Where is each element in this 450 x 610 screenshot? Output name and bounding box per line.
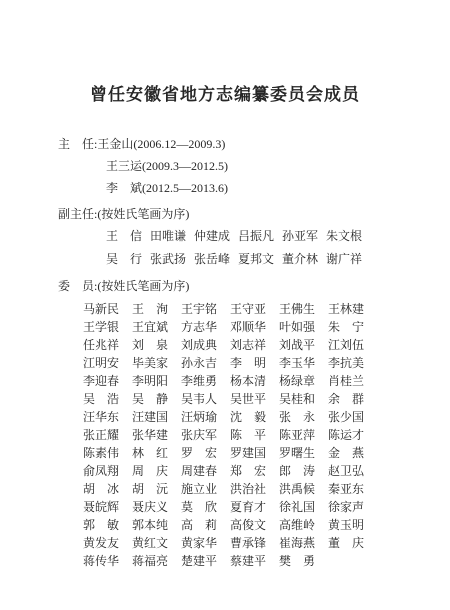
vice-director-heading: 副主任:(按姓氏笔画为序) (58, 203, 450, 225)
vice-director-row: 王 信 田唯谦 仲建成 吕振凡 孙亚军 朱文根 (106, 225, 450, 248)
member-name: 夏育才 (230, 498, 266, 516)
member-name: 曹承锋 (230, 534, 266, 552)
member-name: 邓顺华 (230, 318, 266, 336)
vice-director-name: 孙亚军 (282, 225, 318, 248)
member-name: 崔海燕 (279, 534, 315, 552)
document-body: 主 任:王金山(2006.12—2009.3) 王三运(2009.3—2012.… (58, 133, 450, 570)
member-row: 江明安 毕美家 孙永吉 李 明 李玉华 李抗美 (83, 354, 450, 372)
member-row: 汪华东 汪建国 汪炳瑜 沈 毅 张 永 张少国 (83, 408, 450, 426)
member-name: 高维岭 (279, 516, 315, 534)
member-name: 施立业 (181, 480, 217, 498)
member-name: 莫 欣 (181, 498, 217, 516)
director-label: 主 任: (58, 133, 97, 155)
member-name: 王宇铭 (181, 300, 217, 318)
member-name: 吴韦人 (181, 390, 217, 408)
member-name: 罗建国 (230, 444, 266, 462)
member-name: 汪华东 (83, 408, 119, 426)
vice-director-name: 朱文根 (326, 225, 362, 248)
member-name: 赵卫弘 (328, 462, 364, 480)
member-name: 洪禹候 (279, 480, 315, 498)
member-row: 俞凤翔 周 庆 周建春 郑 宏 郎 涛 赵卫弘 (83, 462, 450, 480)
member-name: 江明安 (83, 354, 119, 372)
director-term: (2006.12—2009.3) (133, 137, 225, 151)
member-name: 樊 勇 (279, 552, 315, 570)
member-name: 郭 敏 (83, 516, 119, 534)
section-vice-director: 副主任:(按姓氏笔画为序) 王 信 田唯谦 仲建成 吕振凡 孙亚军 朱文根 吴 … (58, 203, 450, 271)
member-name: 刘成典 (181, 336, 217, 354)
vice-director-name: 田唯谦 (150, 225, 186, 248)
member-name: 方志华 (181, 318, 217, 336)
vice-director-name: 夏邦文 (238, 248, 274, 271)
member-name: 俞凤翔 (83, 462, 119, 480)
member-name: 刘战平 (279, 336, 315, 354)
member-name: 郑 宏 (230, 462, 266, 480)
section-director: 主 任:王金山(2006.12—2009.3) 王三运(2009.3—2012.… (58, 133, 450, 199)
member-name: 周建春 (181, 462, 217, 480)
member-name: 李明阳 (132, 372, 168, 390)
vice-director-note: (按姓氏笔画为序) (97, 207, 189, 221)
director-name: 李 斌 (106, 181, 142, 195)
member-name: 郭本纯 (132, 516, 168, 534)
director-entry: 主 任:王金山(2006.12—2009.3) (58, 133, 450, 155)
member-name: 张 永 (279, 408, 315, 426)
director-entry: 李 斌(2012.5—2013.6) (106, 177, 450, 199)
vice-director-name: 张武扬 (150, 248, 186, 271)
member-name: 徐家声 (328, 498, 364, 516)
member-row: 吴 浩 吴 静 吴韦人 吴世平 吴桂和 余 群 (83, 390, 450, 408)
members-heading: 委 员:(按姓氏笔画为序) (58, 275, 450, 297)
member-name: 孙永吉 (181, 354, 217, 372)
member-name: 张正耀 (83, 426, 119, 444)
member-name: 吴 浩 (83, 390, 119, 408)
member-name: 蔡建平 (230, 552, 266, 570)
page-title: 曾任安徽省地方志编纂委员会成员 (0, 80, 450, 105)
vice-director-name: 仲建成 (194, 225, 230, 248)
member-name: 周 庆 (132, 462, 168, 480)
member-name: 李 明 (230, 354, 266, 372)
member-name: 王学银 (83, 318, 119, 336)
member-name: 陈运才 (328, 426, 364, 444)
vice-director-name: 董介林 (282, 248, 318, 271)
director-name: 王金山 (97, 137, 133, 151)
member-name: 陈素伟 (83, 444, 119, 462)
vice-director-name: 吴 行 (106, 248, 142, 271)
member-name: 董 庆 (328, 534, 364, 552)
member-name: 叶如强 (279, 318, 315, 336)
member-name: 徐礼国 (279, 498, 315, 516)
member-name: 朱 宁 (328, 318, 364, 336)
director-term: (2009.3—2012.5) (142, 159, 228, 173)
member-name: 郎 涛 (279, 462, 315, 480)
director-term: (2012.5—2013.6) (142, 181, 228, 195)
section-members: 委 员:(按姓氏笔画为序) 马新民 王 洵 王宇铭 王守亚 王佛生 王林建 王学… (58, 275, 450, 570)
member-name: 张庆军 (181, 426, 217, 444)
member-name: 蒋福亮 (132, 552, 168, 570)
member-row: 马新民 王 洵 王宇铭 王守亚 王佛生 王林建 (83, 300, 450, 318)
member-name: 杨本清 (230, 372, 266, 390)
member-name: 余 群 (328, 390, 364, 408)
member-name: 高 莉 (181, 516, 217, 534)
member-row: 任兆祥 刘 泉 刘成典 刘志祥 刘战平 江刘伍 (83, 336, 450, 354)
member-name: 高俊文 (230, 516, 266, 534)
vice-director-name: 吕振凡 (238, 225, 274, 248)
vice-director-name: 谢广祥 (326, 248, 362, 271)
member-name: 王佛生 (279, 300, 315, 318)
member-name: 楚建平 (181, 552, 217, 570)
member-name: 王 洵 (132, 300, 168, 318)
member-name: 汪建国 (132, 408, 168, 426)
members-label: 委 员: (58, 279, 97, 293)
member-row: 王学银 王宜斌 方志华 邓顺华 叶如强 朱 宁 (83, 318, 450, 336)
member-name: 王宜斌 (132, 318, 168, 336)
member-name: 刘 泉 (132, 336, 168, 354)
member-name: 李迎春 (83, 372, 119, 390)
member-row: 李迎春 李明阳 李维勇 杨本清 杨绿章 肖桂兰 (83, 372, 450, 390)
member-name: 秦亚东 (328, 480, 364, 498)
member-name: 黄发友 (83, 534, 119, 552)
member-name: 林 红 (132, 444, 168, 462)
member-name: 王林建 (328, 300, 364, 318)
vice-director-row: 吴 行 张武扬 张岳峰 夏邦文 董介林 谢广祥 (106, 248, 450, 271)
member-name: 胡 沅 (132, 480, 168, 498)
member-name: 刘志祥 (230, 336, 266, 354)
member-name: 吴桂和 (279, 390, 315, 408)
member-name: 陈 平 (230, 426, 266, 444)
member-name: 黄家华 (181, 534, 217, 552)
member-name: 任兆祥 (83, 336, 119, 354)
vice-director-name: 张岳峰 (194, 248, 230, 271)
member-row: 郭 敏 郭本纯 高 莉 高俊文 高维岭 黄玉明 (83, 516, 450, 534)
director-name: 王三运 (106, 159, 142, 173)
member-row: 蒋传华 蒋福亮 楚建平 蔡建平 樊 勇 (83, 552, 450, 570)
member-name: 金 燕 (328, 444, 364, 462)
member-name: 李玉华 (279, 354, 315, 372)
member-name: 黄玉明 (328, 516, 364, 534)
member-name: 张少国 (328, 408, 364, 426)
member-row: 黄发友 黄红文 黄家华 曹承锋 崔海燕 董 庆 (83, 534, 450, 552)
member-name: 吴世平 (230, 390, 266, 408)
director-entry: 王三运(2009.3—2012.5) (106, 155, 450, 177)
member-name: 洪治社 (230, 480, 266, 498)
member-name: 聂皖辉 (83, 498, 119, 516)
member-row: 陈素伟 林 红 罗 宏 罗建国 罗曙生 金 燕 (83, 444, 450, 462)
member-name: 沈 毅 (230, 408, 266, 426)
member-name: 李维勇 (181, 372, 217, 390)
members-list: 马新民 王 洵 王宇铭 王守亚 王佛生 王林建 王学银 王宜斌 方志华 邓顺华 … (58, 300, 450, 570)
member-name: 李抗美 (328, 354, 364, 372)
member-name: 陈亚萍 (279, 426, 315, 444)
member-row: 胡 冰 胡 沅 施立业 洪治社 洪禹候 秦亚东 (83, 480, 450, 498)
member-name: 聂庆义 (132, 498, 168, 516)
vice-director-label: 副主任: (58, 207, 97, 221)
member-name: 罗曙生 (279, 444, 315, 462)
member-name: 吴 静 (132, 390, 168, 408)
member-name: 毕美家 (132, 354, 168, 372)
member-name: 杨绿章 (279, 372, 315, 390)
members-note: (按姓氏笔画为序) (97, 279, 189, 293)
member-name: 汪炳瑜 (181, 408, 217, 426)
member-name: 江刘伍 (328, 336, 364, 354)
member-name: 胡 冰 (83, 480, 119, 498)
member-name: 王守亚 (230, 300, 266, 318)
member-name (328, 552, 364, 570)
member-name: 张华建 (132, 426, 168, 444)
member-name: 罗 宏 (181, 444, 217, 462)
member-name: 黄红文 (132, 534, 168, 552)
member-name: 肖桂兰 (328, 372, 364, 390)
member-row: 张正耀 张华建 张庆军 陈 平 陈亚萍 陈运才 (83, 426, 450, 444)
member-name: 蒋传华 (83, 552, 119, 570)
member-row: 聂皖辉 聂庆义 莫 欣 夏育才 徐礼国 徐家声 (83, 498, 450, 516)
member-name: 马新民 (83, 300, 119, 318)
vice-director-name: 王 信 (106, 225, 142, 248)
